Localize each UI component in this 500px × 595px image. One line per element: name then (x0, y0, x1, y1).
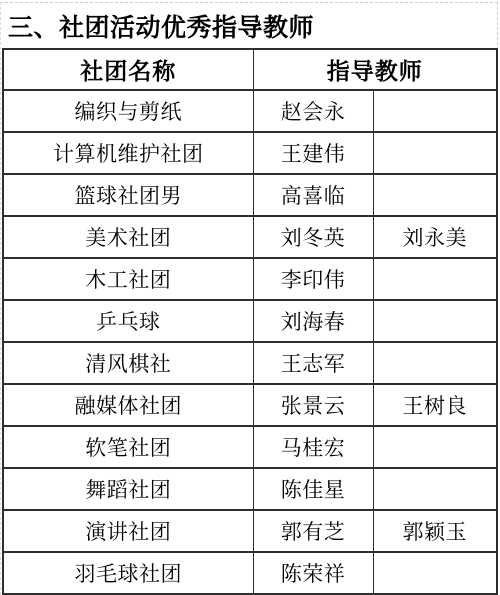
teacher-secondary-cell: 郭颖玉 (373, 510, 497, 552)
table-header-row: 社团名称 指导教师 (3, 49, 497, 90)
teacher-primary-cell: 张景云 (253, 384, 373, 426)
club-name-cell: 乒乓球 (3, 300, 253, 342)
table-row: 美术社团 刘冬英 刘永美 (3, 216, 497, 258)
page-title: 三、社团活动优秀指导教师 (8, 8, 314, 44)
teacher-secondary-cell (373, 132, 497, 174)
header-guidance-teacher: 指导教师 (253, 49, 497, 90)
teacher-primary-cell: 马桂宏 (253, 426, 373, 468)
table-row: 软笔社团 马桂宏 (3, 426, 497, 468)
club-name-cell: 清风棋社 (3, 342, 253, 384)
club-name-cell: 木工社团 (3, 258, 253, 300)
teacher-primary-cell: 郭有芝 (253, 510, 373, 552)
teacher-secondary-cell: 刘永美 (373, 216, 497, 258)
table-row: 演讲社团 郭有芝 郭颖玉 (3, 510, 497, 552)
teacher-primary-cell: 赵会永 (253, 90, 373, 132)
teacher-secondary-cell (373, 258, 497, 300)
teacher-secondary-cell (373, 300, 497, 342)
teacher-primary-cell: 高喜临 (253, 174, 373, 216)
teacher-secondary-cell (373, 468, 497, 510)
teacher-secondary-cell (373, 342, 497, 384)
club-name-cell: 编织与剪纸 (3, 90, 253, 132)
club-name-cell: 舞蹈社团 (3, 468, 253, 510)
teacher-primary-cell: 王建伟 (253, 132, 373, 174)
teacher-primary-cell: 李印伟 (253, 258, 373, 300)
teacher-secondary-cell: 王树良 (373, 384, 497, 426)
club-name-cell: 羽毛球社团 (3, 552, 253, 594)
club-name-cell: 演讲社团 (3, 510, 253, 552)
teacher-secondary-cell (373, 174, 497, 216)
teacher-primary-cell: 陈荣祥 (253, 552, 373, 594)
teacher-primary-cell: 刘海春 (253, 300, 373, 342)
table-row: 清风棋社 王志军 (3, 342, 497, 384)
table-row: 舞蹈社团 陈佳星 (3, 468, 497, 510)
table-row: 木工社团 李印伟 (3, 258, 497, 300)
teacher-primary-cell: 陈佳星 (253, 468, 373, 510)
table-row: 融媒体社团 张景云 王树良 (3, 384, 497, 426)
teacher-primary-cell: 刘冬英 (253, 216, 373, 258)
section-title-row: 三、社团活动优秀指导教师 (1, 3, 497, 48)
teacher-secondary-cell (373, 552, 497, 594)
table-row: 乒乓球 刘海春 (3, 300, 497, 342)
club-name-cell: 软笔社团 (3, 426, 253, 468)
header-club-name: 社团名称 (3, 49, 253, 90)
club-name-cell: 篮球社团男 (3, 174, 253, 216)
table-body: 编织与剪纸 赵会永 计算机维护社团 王建伟 篮球社团男 高喜临 美术社团 刘冬英… (3, 90, 497, 594)
table-row: 篮球社团男 高喜临 (3, 174, 497, 216)
table-row: 编织与剪纸 赵会永 (3, 90, 497, 132)
table-row: 计算机维护社团 王建伟 (3, 132, 497, 174)
document-page: 三、社团活动优秀指导教师 社团名称 指导教师 编织与剪纸 赵会永 计算机维护社团… (0, 2, 498, 595)
table-row: 羽毛球社团 陈荣祥 (3, 552, 497, 594)
club-name-cell: 融媒体社团 (3, 384, 253, 426)
teacher-secondary-cell (373, 426, 497, 468)
club-name-cell: 美术社团 (3, 216, 253, 258)
club-name-cell: 计算机维护社团 (3, 132, 253, 174)
teacher-secondary-cell (373, 90, 497, 132)
teacher-primary-cell: 王志军 (253, 342, 373, 384)
teachers-table: 社团名称 指导教师 编织与剪纸 赵会永 计算机维护社团 王建伟 篮球社团男 高喜… (2, 48, 498, 595)
